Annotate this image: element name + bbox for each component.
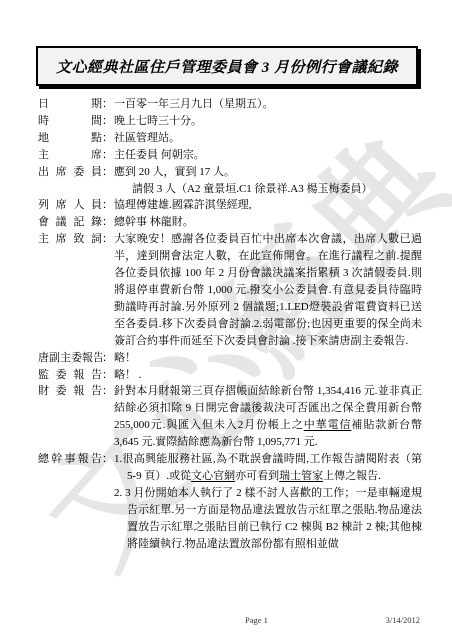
report-supervisor-text: 略！ . xyxy=(114,367,422,384)
report-chair-speech-label: 主席致詞 xyxy=(38,231,102,248)
field-location-value: 社區管理站。 xyxy=(114,130,422,147)
secretary-underlined-term: 文心官網 xyxy=(191,470,235,482)
secretary-text-part: 上傳之報告. xyxy=(323,470,381,482)
field-observers-label: 列席人員 xyxy=(38,197,102,214)
field-location: 地點 ： 社區管理站。 xyxy=(38,130,422,147)
treasurer-underlined-term: 中華電信 xyxy=(304,419,352,431)
colon: ： xyxy=(102,113,114,130)
field-recorder: 會議記錄 ： 總幹事 林龍財。 xyxy=(38,214,422,231)
title-box: 文心經典社區住戶管理委員會 3 月份例行會議紀錄 xyxy=(36,46,418,86)
secretary-item-2: 2. 3 月份開始本人執行了 2 樣不討人喜歡的工作；一是車輛違規告示紅單.另一… xyxy=(114,485,422,553)
report-secretary-text: 1.很高興能服務社區,為不耽誤會議時間,工作報告請閱附表（第 5-9 頁）.或從… xyxy=(114,451,422,552)
colon: ： xyxy=(102,350,114,367)
field-date: 日期 ： 一百零一年三月九日（星期五）。 xyxy=(38,96,422,113)
colon: ： xyxy=(102,147,114,164)
field-attendees: 出席委員 ： 應到 20 人，實到 17 人。 請假 3 人（A2 童景垣.C1… xyxy=(38,164,422,198)
attendees-leave: 請假 3 人（A2 童景垣.C1 徐景祥.A3 楊玉梅委員） xyxy=(114,181,422,198)
colon: ： xyxy=(102,367,114,384)
colon: ： xyxy=(102,214,114,231)
field-attendees-label: 出席委員 xyxy=(38,164,102,181)
document-page: 文心經典社區住戶管理委員會 3 月份例行會議紀錄 日期 ： 一百零一年三月九日（… xyxy=(0,46,452,552)
field-time: 時間 ： 晚上七時三十分。 xyxy=(38,113,422,130)
field-chairman-value: 主任委員 何朝宗。 xyxy=(114,147,422,164)
colon: ： xyxy=(102,130,114,147)
document-body: 日期 ： 一百零一年三月九日（星期五）。 時間 ： 晚上七時三十分。 地點 ： … xyxy=(38,96,422,552)
report-deputy-label: 唐副主委報告 xyxy=(38,350,102,367)
report-treasurer-label: 財委報告 xyxy=(38,383,102,400)
field-chairman-label: 主席 xyxy=(38,147,102,164)
report-deputy-text: 略！ xyxy=(114,350,422,367)
field-time-label: 時間 xyxy=(38,113,102,130)
report-deputy: 唐副主委報告 ： 略！ xyxy=(38,350,422,367)
field-time-value: 晚上七時三十分。 xyxy=(114,113,422,130)
report-treasurer: 財委報告 ： 針對本月財報第三頁存摺帳面結餘新台幣 1,354,416 元.並非… xyxy=(38,383,422,451)
report-treasurer-text: 針對本月財報第三頁存摺帳面結餘新台幣 1,354,416 元.並非真正結餘必須扣… xyxy=(114,383,422,451)
secretary-item-1: 1.很高興能服務社區,為不耽誤會議時間,工作報告請閱附表（第 5-9 頁）.或從… xyxy=(114,451,422,485)
field-recorder-value: 總幹事 林龍財。 xyxy=(114,214,422,231)
attendees-counts: 應到 20 人，實到 17 人。 xyxy=(114,164,422,181)
colon: ： xyxy=(102,96,114,113)
colon: ： xyxy=(102,451,114,468)
report-supervisor-label: 監委報告 xyxy=(38,367,102,384)
colon: ： xyxy=(102,383,114,400)
colon: ： xyxy=(102,231,114,248)
field-date-label: 日期 xyxy=(38,96,102,113)
field-chairman: 主席 ： 主任委員 何朝宗。 xyxy=(38,147,422,164)
page-footer: Page 1 3/14/2012 xyxy=(0,615,452,627)
field-recorder-label: 會議記錄 xyxy=(38,214,102,231)
report-supervisor: 監委報告 ： 略！ . xyxy=(38,367,422,384)
field-date-value: 一百零一年三月九日（星期五）。 xyxy=(114,96,422,113)
report-chair-speech: 主席致詞 ： 大家晚安！感謝各位委員百忙中出席本次會議，出席人數已過半，達到開會… xyxy=(38,231,422,349)
field-observers-value: 協理傅建雄.國霖許淇堡經理, xyxy=(114,197,422,214)
field-observers: 列席人員 ： 協理傅建雄.國霖許淇堡經理, xyxy=(38,197,422,214)
field-attendees-value: 應到 20 人，實到 17 人。 請假 3 人（A2 童景垣.C1 徐景祥.A3… xyxy=(114,164,422,198)
secretary-text-part: 亦可看到 xyxy=(235,470,279,482)
colon: ： xyxy=(102,164,114,181)
secretary-underlined-term: 瑞士管家 xyxy=(279,470,323,482)
colon: ： xyxy=(102,197,114,214)
footer-date: 3/14/2012 xyxy=(386,615,420,625)
report-secretary-label: 總幹事報告 xyxy=(38,451,102,468)
document-title: 文心經典社區住戶管理委員會 3 月份例行會議紀錄 xyxy=(40,56,414,77)
field-location-label: 地點 xyxy=(38,130,102,147)
footer-page-number: Page 1 xyxy=(245,615,268,625)
report-secretary: 總幹事報告 ： 1.很高興能服務社區,為不耽誤會議時間,工作報告請閱附表（第 5… xyxy=(38,451,422,552)
report-chair-speech-text: 大家晚安！感謝各位委員百忙中出席本次會議，出席人數已過半，達到開會法定人數，在此… xyxy=(114,231,422,349)
